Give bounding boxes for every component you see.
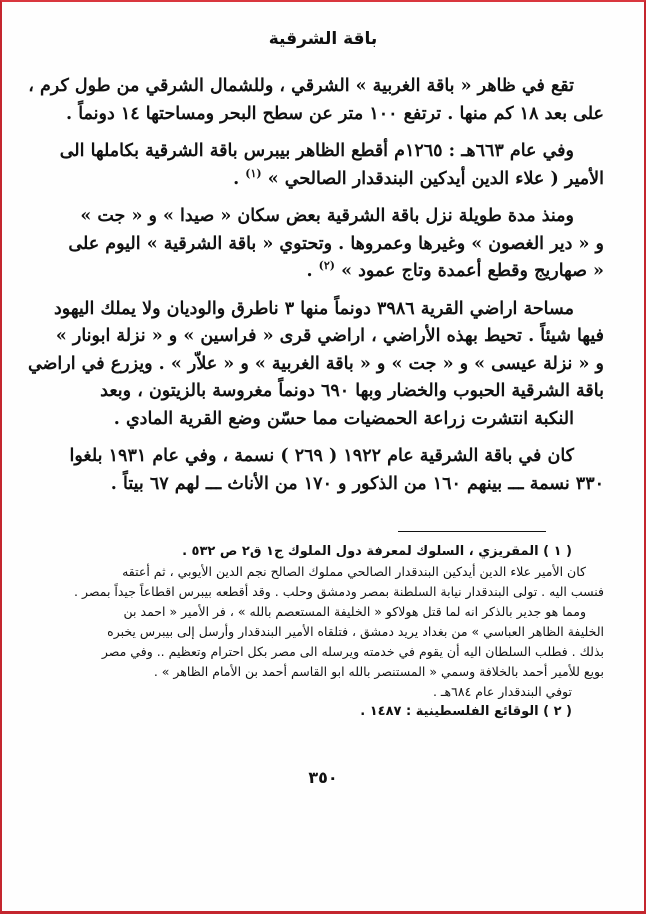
footnote-line: بويع للأمير أحمد بالخلافة وسمي « المستنص… bbox=[50, 662, 604, 682]
page-number: ٣٥٠ bbox=[0, 767, 646, 789]
text-line: تقع في ظاهر « باقة الغربية » الشرقي ، ول… bbox=[50, 73, 604, 101]
paragraph-lands: مساحة اراضي القرية ٣٩٨٦ دونماً منها ٣ نا… bbox=[50, 296, 604, 434]
text-line: ٣٣٠ نسمة ـــ بينهم ١٦٠ من الذكور و ١٧٠ م… bbox=[50, 471, 604, 499]
text-line: النكبة انتشرت زراعة الحمضيات مما حسّن وض… bbox=[50, 406, 604, 434]
text-line: مساحة اراضي القرية ٣٩٨٦ دونماً منها ٣ نا… bbox=[50, 296, 604, 324]
footnote-1-citation: ( ١ ) المقريزي ، السلوك لمعرفة دول الملو… bbox=[50, 542, 604, 562]
text-segment: . bbox=[233, 169, 245, 189]
paragraph-settlement: ومنذ مدة طويلة نزل باقة الشرقية بعض سكان… bbox=[50, 203, 604, 286]
text-line: وفي عام ٦٦٣هـ : ١٢٦٥م أقطع الظاهر بيبرس … bbox=[50, 138, 604, 166]
running-head-title: باقة الشرقية bbox=[0, 27, 646, 51]
footnote-reference-1[interactable]: (١) bbox=[245, 167, 261, 180]
body-text: تقع في ظاهر « باقة الغربية » الشرقي ، ول… bbox=[50, 73, 604, 508]
text-line: و « نزلة عيسى » و « جت » و « باقة الغربي… bbox=[50, 351, 604, 379]
footnote-line: توفي البندقدار عام ٦٨٤هـ . bbox=[50, 682, 604, 702]
paragraph-population: كان في باقة الشرقية عام ١٩٢٢ ( ٢٦٩ ) نسم… bbox=[50, 443, 604, 498]
footnote-2-citation: ( ٢ ) الوقائع الفلسطينية : ١٤٨٧ . bbox=[50, 702, 604, 722]
footnote-line: بذلك . فطلب السلطان اليه أن يقوم في خدمت… bbox=[50, 642, 604, 662]
paragraph-location: تقع في ظاهر « باقة الغربية » الشرقي ، ول… bbox=[50, 73, 604, 128]
footnotes: ( ١ ) المقريزي ، السلوك لمعرفة دول الملو… bbox=[50, 542, 604, 722]
footnote-reference-2[interactable]: (٢) bbox=[319, 259, 335, 272]
text-segment: الأمير ( علاء الدين أيدكين البندقدار الص… bbox=[268, 169, 604, 189]
footnote-divider bbox=[398, 531, 546, 532]
footnote-line: ومما هو جدير بالذكر انه لما قتل هولاكو «… bbox=[50, 602, 604, 622]
footnote-line: كان الأمير علاء الدين أيدكين البندقدار ا… bbox=[50, 562, 604, 582]
footnote-line: فنسب اليه . تولى البندقدار نيابة السلطنة… bbox=[50, 582, 604, 602]
text-line: على بعد ١٨ كم منها . ترتفع ١٠٠ متر عن سط… bbox=[50, 101, 604, 129]
text-line: و « دير الغصون » وغيرها وعمروها . وتحتوي… bbox=[50, 231, 604, 259]
text-line: كان في باقة الشرقية عام ١٩٢٢ ( ٢٦٩ ) نسم… bbox=[50, 443, 604, 471]
book-page: باقة الشرقية تقع في ظاهر « باقة الغربية … bbox=[0, 0, 646, 914]
footnote-line: الخليفة الظاهر العباسي » من بغداد يريد د… bbox=[50, 622, 604, 642]
text-segment: . bbox=[306, 261, 318, 281]
text-line: ومنذ مدة طويلة نزل باقة الشرقية بعض سكان… bbox=[50, 203, 604, 231]
text-line: الأمير ( علاء الدين أيدكين البندقدار الص… bbox=[50, 166, 604, 194]
text-line: باقة الشرقية الحبوب والخضار وبها ٦٩٠ دون… bbox=[50, 378, 604, 406]
text-line: فيها شيئاً . تحيط بهذه الأراضي ، اراضي ق… bbox=[50, 323, 604, 351]
text-line: « صهاريج وقطع أعمدة وتاج عمود » (٢) . bbox=[50, 258, 604, 286]
text-segment: « صهاريج وقطع أعمدة وتاج عمود » bbox=[341, 261, 604, 281]
paragraph-history: وفي عام ٦٦٣هـ : ١٢٦٥م أقطع الظاهر بيبرس … bbox=[50, 138, 604, 193]
